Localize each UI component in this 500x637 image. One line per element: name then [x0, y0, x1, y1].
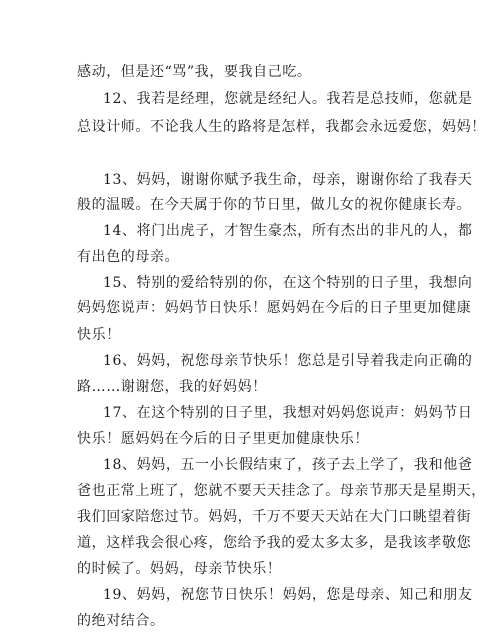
text-line: 19、妈妈，祝您节日快乐！妈妈，您是母亲、知己和朋友 — [103, 586, 472, 604]
text-line: 快乐！愿妈妈在今后的日子里更加健康快乐！ — [77, 430, 369, 448]
text-line: 总设计师。不论我人生的路将是怎样，我都会永远爱您，妈妈！ — [77, 118, 486, 136]
text-line: 17、在这个特别的日子里，我想对妈妈您说声：妈妈节日 — [103, 404, 472, 422]
text-line: 16、妈妈，祝您母亲节快乐！您总是引导着我走向正确的 — [103, 352, 472, 370]
text-line: 我们回家陪您过节。妈妈，千万不要天天站在大门口眺望着街 — [77, 508, 471, 526]
text-line: 14、将门出虎子，才智生豪杰，所有杰出的非凡的人，都 — [103, 222, 472, 240]
text-line: 般的温暖。在今天属于你的节日里，做儿女的祝你健康长寿。 — [77, 196, 471, 214]
document-page: 感动，但是还“骂”我，要我自己吃。 12、我若是经理，您就是经纪人。我若是总技师… — [0, 0, 500, 637]
text-line: 的绝对结合。 — [77, 612, 165, 630]
text-line: 18、妈妈，五一小长假结束了，孩子去上学了，我和他爸 — [103, 456, 472, 474]
text-line: 感动，但是还“骂”我，要我自己吃。 — [77, 63, 312, 81]
text-line: 的时候了。妈妈，母亲节快乐！ — [77, 560, 281, 578]
text-line: 15、特别的爱给特别的你，在这个特别的日子里，我想向 — [103, 274, 472, 292]
text-line: 有出色的母亲。 — [77, 248, 179, 266]
text-line: 妈妈您说声：妈妈节日快乐！愿妈妈在今后的日子里更加健康 — [77, 299, 471, 317]
text-line: 爸也正常上班了，您就不要天天挂念了。母亲节那天是星期天， — [77, 482, 486, 500]
text-line: 13、妈妈，谢谢你赋予我生命，母亲，谢谢你给了我春天 — [103, 171, 472, 189]
text-line: 12、我若是经理，您就是经纪人。我若是总技师，您就是 — [103, 90, 472, 108]
text-line: 道，这样我会很心疼，您给予我的爱太多太多，是我该孝敬您 — [77, 534, 471, 552]
text-line: 路……谢谢您，我的好妈妈！ — [77, 378, 267, 396]
text-line: 快乐！ — [77, 326, 121, 344]
